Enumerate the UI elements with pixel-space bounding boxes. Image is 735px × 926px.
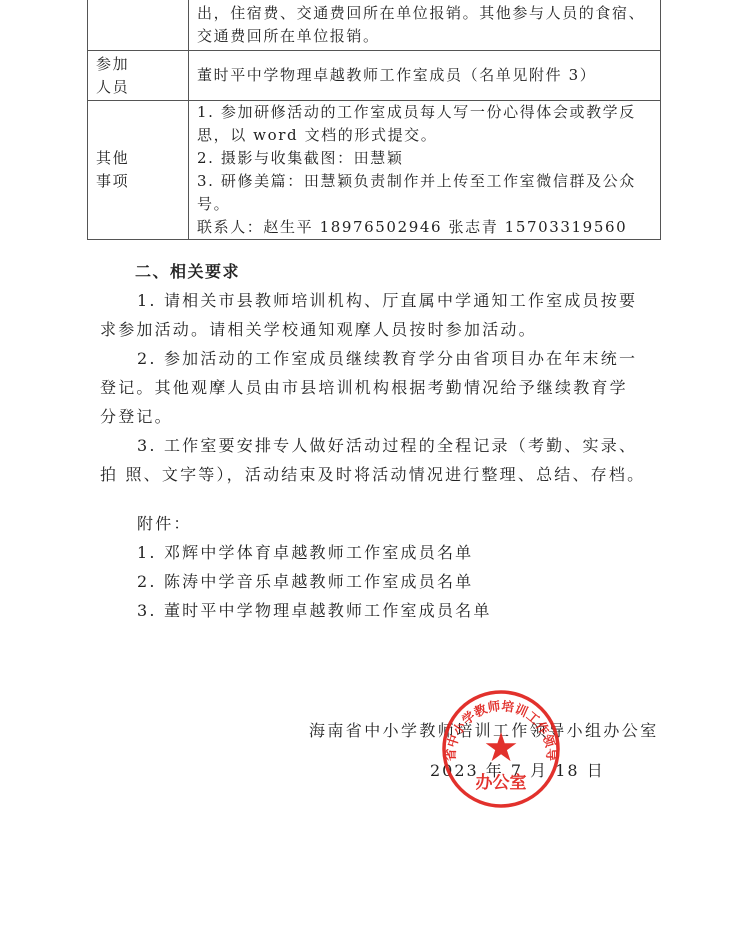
cell-text-line: 董时平中学物理卓越教师工作室成员（名单见附件 3） — [197, 64, 656, 87]
cell-text-line: 2. 摄影与收集截图：田慧颖 — [197, 147, 656, 170]
paragraph-line: 登记。其他观摩人员由市县培训机构根据考勤情况给予继续教育学 — [100, 373, 660, 402]
paragraph-line: 拍 照、文字等），活动结束及时将活动情况进行整理、总结、存档。 — [100, 460, 660, 489]
table-row-expenses: 出，住宿费、交通费回所在单位报销。其他参与人员的食宿、 交通费回所在单位报销。 — [88, 0, 661, 51]
table-content-cell: 1. 参加研修活动的工作室成员每人写一份心得体会或教学反 思，以 word 文档… — [189, 101, 661, 240]
document-page: 出，住宿费、交通费回所在单位报销。其他参与人员的食宿、 交通费回所在单位报销。 … — [0, 0, 735, 926]
cell-text-line: 出，住宿费、交通费回所在单位报销。其他参与人员的食宿、 — [197, 2, 656, 25]
activity-info-table: 出，住宿费、交通费回所在单位报销。其他参与人员的食宿、 交通费回所在单位报销。 … — [87, 0, 661, 240]
table-content-cell: 出，住宿费、交通费回所在单位报销。其他参与人员的食宿、 交通费回所在单位报销。 — [189, 0, 661, 51]
attachments-title: 附件： — [137, 509, 492, 538]
section-heading: 二、相关要求 — [135, 259, 240, 282]
seal-star: ★ — [483, 725, 519, 771]
label-text-line: 参加 — [96, 53, 188, 76]
table-label-cell: 参加 人员 — [88, 51, 189, 101]
label-text-line: 人员 — [96, 76, 188, 99]
cell-text-line: 3. 研修美篇：田慧颖负责制作并上传至工作室微信群及公众 — [197, 170, 656, 193]
table-label-cell: 其他 事项 — [88, 101, 189, 240]
requirement-paragraph-2: 2. 参加活动的工作室成员继续教育学分由省项目办在年末统一 登记。其他观摩人员由… — [100, 344, 660, 431]
label-text-line: 事项 — [96, 170, 188, 193]
table-row-other-matters: 其他 事项 1. 参加研修活动的工作室成员每人写一份心得体会或教学反 思，以 w… — [88, 101, 661, 240]
attachment-item: 3. 董时平中学物理卓越教师工作室成员名单 — [137, 596, 492, 625]
official-seal-icon: 海南省中小学教师培训工作领导小组 ★ 办公室 — [440, 688, 562, 810]
requirement-paragraph-1: 1. 请相关市县教师培训机构、厅直属中学通知工作室成员按要 求参加活动。请相关学… — [100, 286, 660, 344]
cell-text-line: 思，以 word 文档的形式提交。 — [197, 124, 656, 147]
requirement-paragraph-3: 3. 工作室要安排专人做好活动过程的全程记录（考勤、实录、 拍 照、文字等），活… — [100, 431, 660, 489]
paragraph-line: 1. 请相关市县教师培训机构、厅直属中学通知工作室成员按要 — [100, 286, 660, 315]
attachment-item: 1. 邓辉中学体育卓越教师工作室成员名单 — [137, 538, 492, 567]
cell-text-line: 号。 — [197, 193, 656, 216]
table-content-cell: 董时平中学物理卓越教师工作室成员（名单见附件 3） — [189, 51, 661, 101]
paragraph-line: 3. 工作室要安排专人做好活动过程的全程记录（考勤、实录、 — [100, 431, 660, 460]
paragraph-line: 分登记。 — [100, 402, 660, 431]
seal-center-text: 办公室 — [476, 772, 527, 793]
contact-line: 联系人：赵生平 18976502946 张志青 15703319560 — [197, 216, 656, 239]
cell-text-line: 1. 参加研修活动的工作室成员每人写一份心得体会或教学反 — [197, 101, 656, 124]
label-text-line: 其他 — [96, 147, 188, 170]
attachment-item: 2. 陈涛中学音乐卓越教师工作室成员名单 — [137, 567, 492, 596]
cell-text-line: 交通费回所在单位报销。 — [197, 25, 656, 48]
table-row-participants: 参加 人员 董时平中学物理卓越教师工作室成员（名单见附件 3） — [88, 51, 661, 101]
paragraph-line: 2. 参加活动的工作室成员继续教育学分由省项目办在年末统一 — [100, 344, 660, 373]
paragraph-line: 求参加活动。请相关学校通知观摩人员按时参加活动。 — [100, 315, 660, 344]
table-label-cell — [88, 0, 189, 51]
attachments-list: 附件： 1. 邓辉中学体育卓越教师工作室成员名单 2. 陈涛中学音乐卓越教师工作… — [137, 509, 492, 625]
